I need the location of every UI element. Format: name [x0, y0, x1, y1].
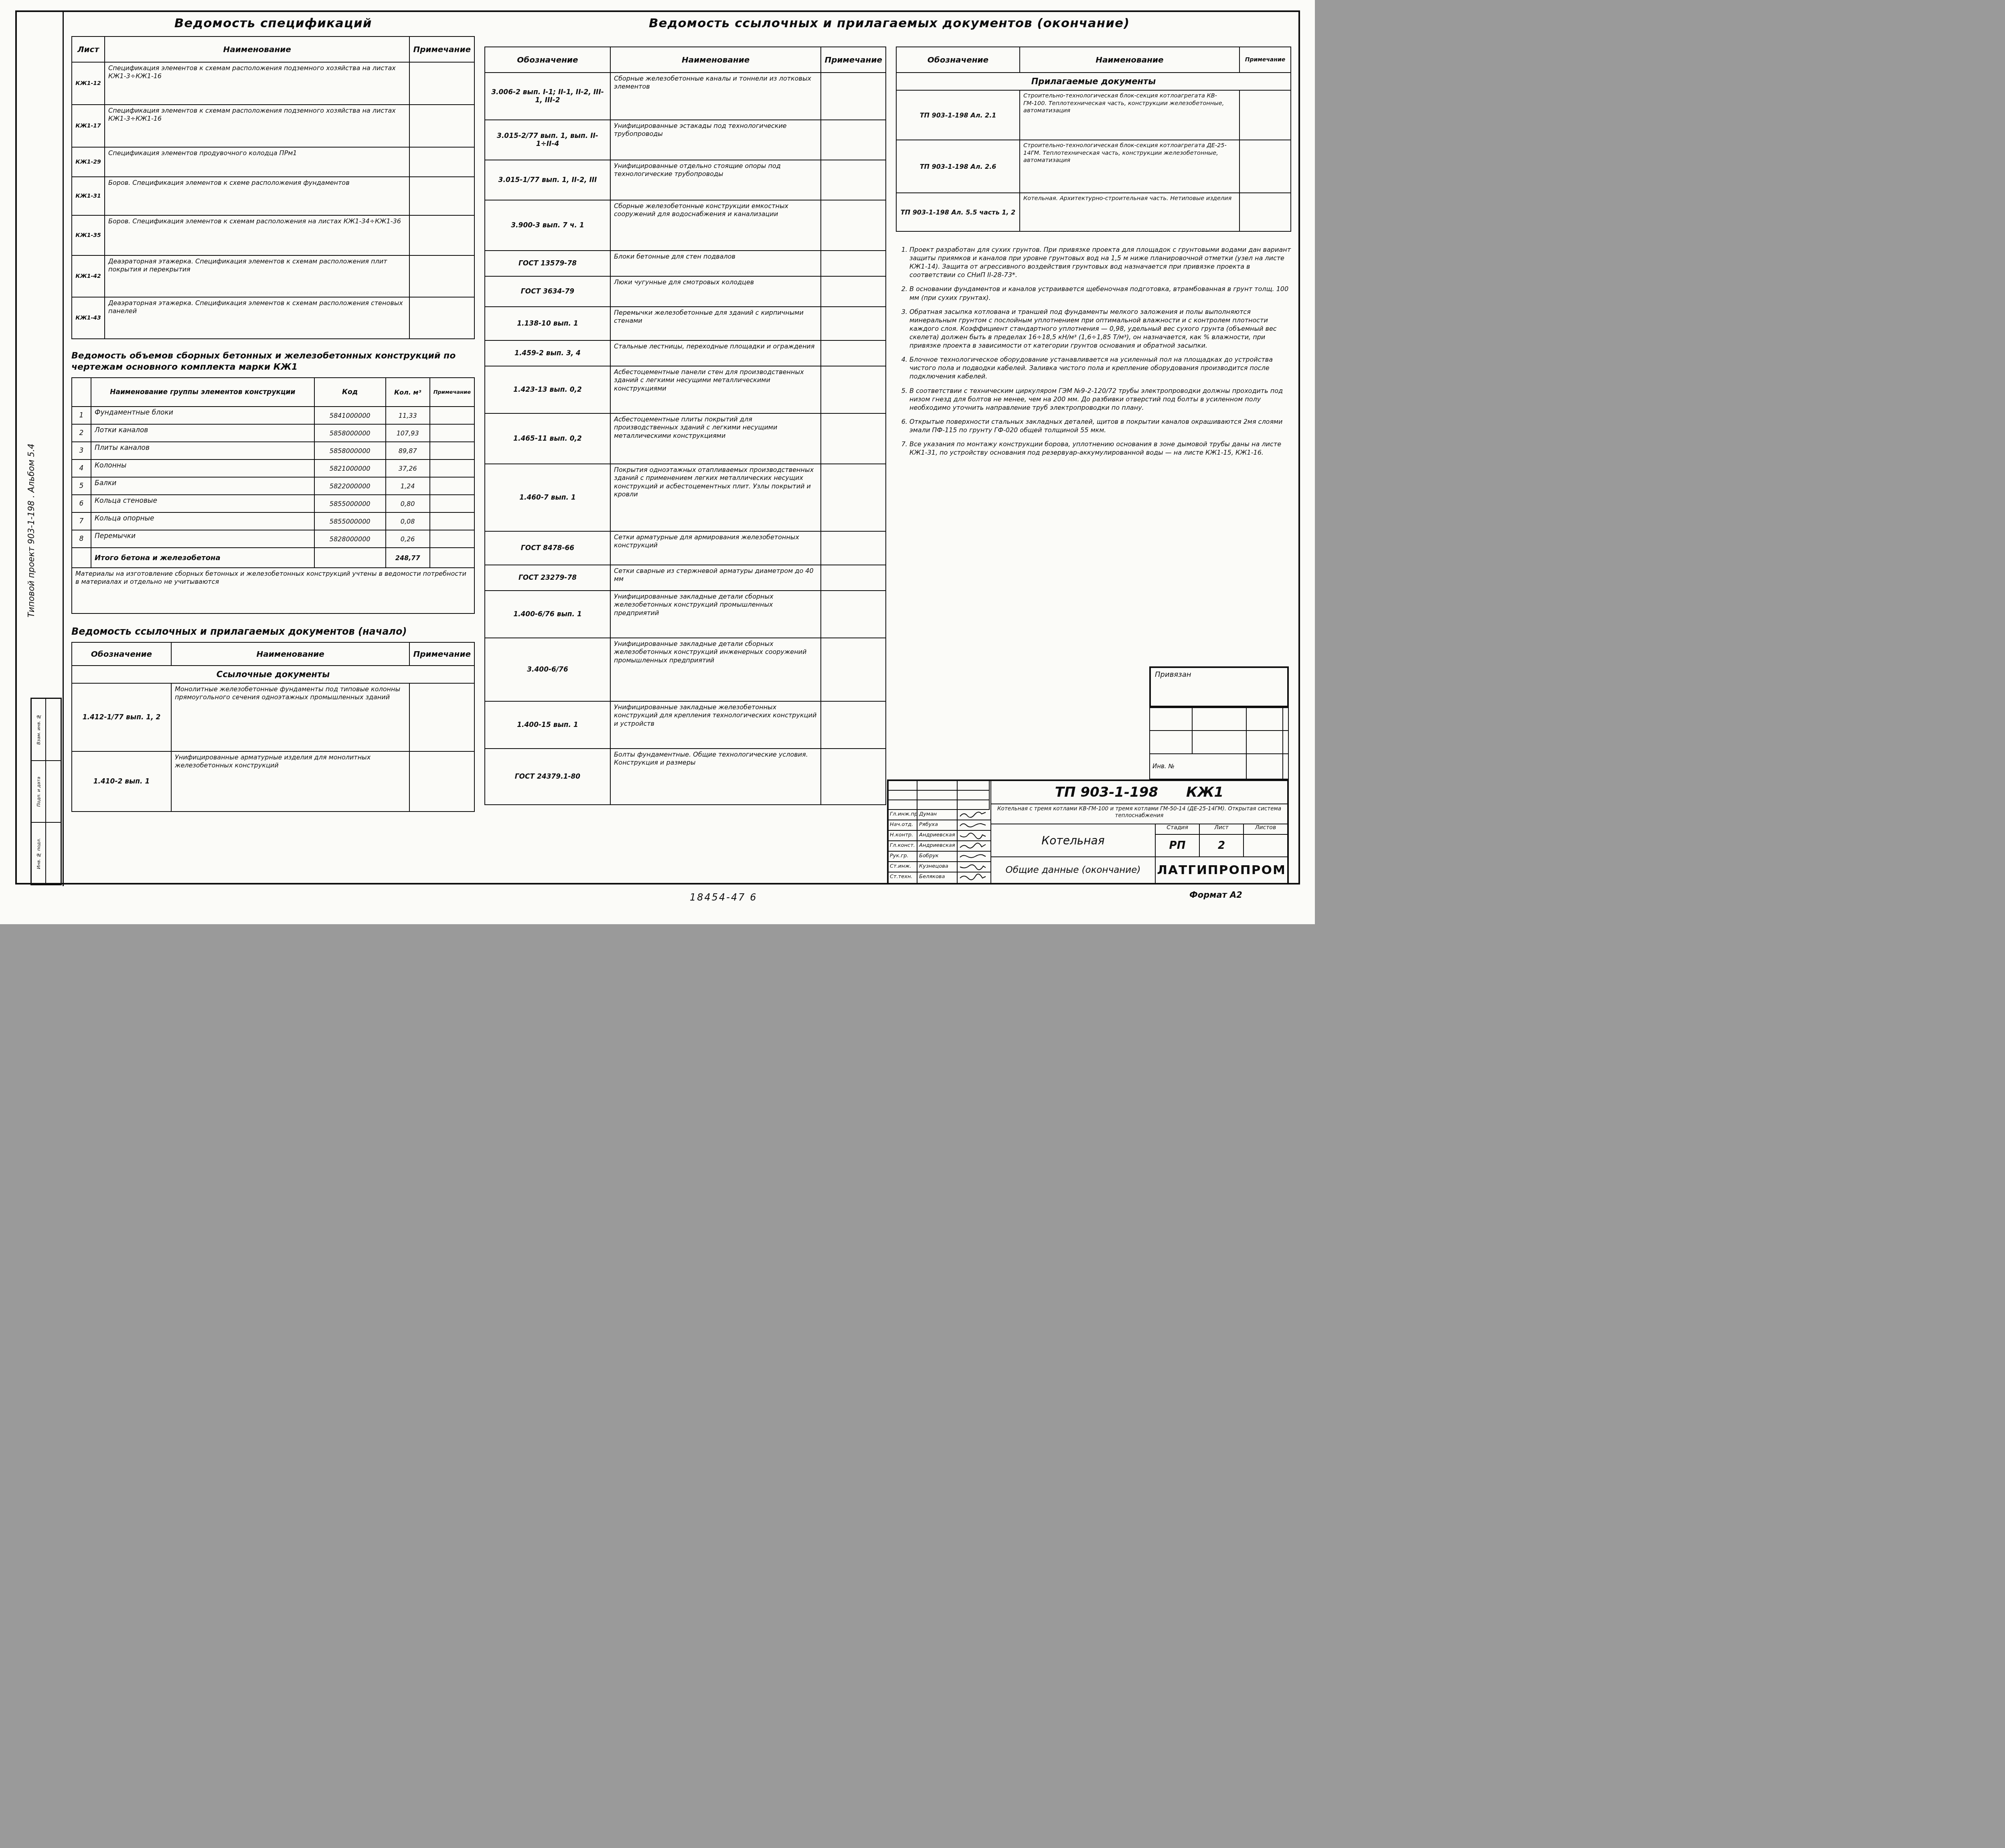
project-subtitle: Котельная с тремя котлами КВ-ГМ-100 и тр… — [991, 804, 1287, 824]
note-cell — [821, 160, 886, 200]
blank-cell — [1283, 731, 1288, 753]
qty-cell: 89,87 — [386, 442, 430, 459]
col-header-code: Обозначение — [72, 642, 171, 666]
table-row: 1.400-6/76 вып. 1Унифицированные закладн… — [485, 591, 886, 638]
signature-name: Белякова — [917, 872, 958, 883]
sheet-ref-cell: КЖ1-12 — [72, 62, 105, 105]
blank-cell — [1283, 754, 1288, 779]
table-row: 1.460-7 вып. 1Покрытия одноэтажных отапл… — [485, 464, 886, 531]
code-cell: 5822000000 — [314, 477, 386, 495]
margin-divider — [63, 10, 64, 886]
note-cell — [430, 512, 474, 530]
note-item: Все указания по монтажу конструкции боро… — [909, 440, 1291, 457]
note-item: Проект разработан для сухих грунтов. При… — [909, 245, 1291, 279]
signature-row: Ст.техн.Белякова — [889, 872, 990, 883]
doc-name-cell: Унифицированные закладные детали сборных… — [610, 591, 821, 638]
note-cell — [409, 297, 474, 339]
code-cell: 5828000000 — [314, 530, 386, 548]
note-cell — [430, 424, 474, 442]
code-cell: 5858000000 — [314, 424, 386, 442]
format-label: Формат А2 — [1189, 890, 1242, 900]
doc-code-cell: ТП 903-1-198 Ал. 2.6 — [896, 140, 1020, 193]
spec-table: Лист Наименование Примечание КЖ1-12Специ… — [71, 36, 475, 339]
signature-row: Гл.инж.пр.Думан — [889, 810, 990, 820]
section-row: Прилагаемые документы — [896, 73, 1291, 90]
section-row: Ссылочные документы — [72, 666, 474, 683]
doc-name-cell: Сборные железобетонные каналы и тоннели … — [610, 73, 821, 120]
note-cell — [821, 464, 886, 531]
sheet-ref-cell: КЖ1-35 — [72, 215, 105, 255]
ref-docs-end-table: Обозначение Наименование Примечание 3.00… — [484, 47, 886, 805]
qty-cell: 0,26 — [386, 530, 430, 548]
doc-name-cell: Боров. Спецификация элементов к схемам р… — [105, 215, 409, 255]
note-item: В соответствии с техническим циркуляром … — [909, 387, 1291, 412]
doc-name-cell: Строительно-технологическая блок-секция … — [1020, 140, 1239, 193]
group-name-cell: Плиты каналов — [91, 442, 314, 459]
doc-code-cell: 1.400-15 вып. 1 — [485, 701, 610, 749]
document-code: ТП 903-1-198 — [1055, 784, 1158, 800]
note-cell — [821, 591, 886, 638]
sheets-label: Листов — [1244, 824, 1287, 834]
signature-role: Нач.отд. — [889, 820, 917, 830]
note-cell — [821, 531, 886, 565]
table-row: 1.400-15 вып. 1Унифицированные закладные… — [485, 701, 886, 749]
sheet-name: Общие данные (окончание) — [991, 857, 1156, 883]
signature-name: Рябуха — [917, 820, 958, 830]
table-row: 7Кольца опорные58550000000,08 — [72, 512, 474, 530]
note-item: Блочное технологическое оборудование уст… — [909, 355, 1291, 381]
qty-cell: 107,93 — [386, 424, 430, 442]
signature-role: Рук.гр. — [889, 852, 917, 861]
margin-stack-label-text: Инв. № подл. — [36, 838, 41, 869]
table-row: 5Балки58220000001,24 — [72, 477, 474, 495]
table-row: 3.006-2 вып. I-1; II-1, II-2, III-1, III… — [485, 73, 886, 120]
note-cell — [821, 701, 886, 749]
doc-name-cell: Сетки сварные из стержневой арматуры диа… — [610, 565, 821, 591]
row-num: 4 — [72, 459, 91, 477]
stage-sheet-values: РП 2 — [1156, 835, 1287, 856]
table-row: КЖ1-29Спецификация элементов продувочног… — [72, 147, 474, 177]
sheet-number: 2 — [1200, 835, 1244, 856]
signature-mark — [958, 862, 990, 872]
doc-name-cell: Перемычки железобетонные для зданий с ки… — [610, 307, 821, 340]
table-header-row: Обозначение Наименование Примечание — [896, 47, 1291, 73]
doc-name-cell: Унифицированные арматурные изделия для м… — [171, 751, 409, 812]
ref-docs-begin-title: Ведомость ссылочных и прилагаемых докуме… — [71, 626, 475, 637]
margin-cell: Взам. инв. № — [32, 699, 61, 761]
table-row: 1.410-2 вып. 1Унифицированные арматурные… — [72, 751, 474, 812]
table-row: 3.900-3 вып. 7 ч. 1Сборные железобетонны… — [485, 200, 886, 251]
ref-docs-end-title: Ведомость ссылочных и прилагаемых докуме… — [493, 16, 1285, 30]
doc-name-cell: Котельная. Архитектурно-строительная час… — [1020, 193, 1239, 231]
signature-role: Н.контр. — [889, 831, 917, 840]
col-header-name: Наименование — [1020, 47, 1239, 73]
signature-role: Гл.инж.пр. — [889, 810, 917, 820]
sheet-name-row: Общие данные (окончание) ЛАТГИПРОПРОМ — [991, 857, 1287, 883]
doc-code-cell: 1.465-11 вып. 0,2 — [485, 413, 610, 464]
signature-role: Ст.инж. — [889, 862, 917, 872]
col-header-name: Наименование группы элементов конструкци… — [91, 378, 314, 407]
group-name-cell: Колонны — [91, 459, 314, 477]
doc-name-cell: Унифицированные отдельно стоящие опоры п… — [610, 160, 821, 200]
table-header-row: Обозначение Наименование Примечание — [485, 47, 886, 73]
doc-code-cell: 3.400-6/76 — [485, 638, 610, 701]
stage-sheet-grid: Стадия Лист Листов РП 2 — [1156, 824, 1287, 856]
code-cell: 5858000000 — [314, 442, 386, 459]
signature-role: Ст.техн. — [889, 872, 917, 883]
doc-code-cell: 3.015-1/77 вып. 1, II-2, III — [485, 160, 610, 200]
signature-row: Гл.конст.Андриевская — [889, 841, 990, 852]
note-cell — [821, 638, 886, 701]
doc-code-cell: 1.412-1/77 вып. 1, 2 — [72, 683, 171, 751]
document-code-row: ТП 903-1-198 КЖ1 — [991, 781, 1287, 804]
doc-code-cell: 1.410-2 вып. 1 — [72, 751, 171, 812]
table-row: 2Лотки каналов5858000000107,93 — [72, 424, 474, 442]
table-row: КЖ1-43Деаэраторная этажерка. Спецификаци… — [72, 297, 474, 339]
attached-docs-table: Обозначение Наименование Примечание Прил… — [896, 47, 1291, 232]
note-cell — [821, 413, 886, 464]
table-row: 3.015-2/77 вып. 1, вып. II-1÷II-4Унифици… — [485, 120, 886, 160]
table-row — [1150, 708, 1288, 731]
row-num: 3 — [72, 442, 91, 459]
doc-code-cell: ГОСТ 3634-79 — [485, 276, 610, 307]
doc-name-cell: Люки чугунные для смотровых колодцев — [610, 276, 821, 307]
margin-stack-label-text: Взам. инв. № — [36, 714, 41, 745]
sheet-ref-cell: КЖ1-31 — [72, 177, 105, 215]
doc-name-cell: Унифицированные эстакады под технологиче… — [610, 120, 821, 160]
doc-code-cell: ГОСТ 23279-78 — [485, 565, 610, 591]
sheet-ref-cell: КЖ1-29 — [72, 147, 105, 177]
col-header-sheet: Лист — [72, 36, 105, 62]
group-name-cell: Балки — [91, 477, 314, 495]
margin-stack-label-text: Подп. и дата — [36, 777, 41, 807]
col-header-qty: Кол. м³ — [386, 378, 430, 407]
stage-label: Стадия — [1156, 824, 1200, 834]
doc-name-cell: Деаэраторная этажерка. Спецификация элем… — [105, 297, 409, 339]
note-cell — [821, 340, 886, 366]
group-name-cell: Кольца стеновые — [91, 495, 314, 512]
table-row: ТП 903-1-198 Ал. 2.6Строительно-технолог… — [896, 140, 1291, 193]
signature-row: Рук.гр.Бобрук — [889, 852, 990, 862]
margin-cell: Подп. и дата — [32, 761, 61, 823]
object-name: Котельная — [991, 824, 1156, 856]
doc-name-cell: Унифицированные закладные детали сборных… — [610, 638, 821, 701]
blank-cell — [1246, 731, 1283, 753]
blank-cell — [1150, 731, 1192, 753]
code-cell: 5855000000 — [314, 495, 386, 512]
note-cell — [821, 749, 886, 805]
qty-cell: 0,08 — [386, 512, 430, 530]
section-title: Прилагаемые документы — [896, 73, 1291, 90]
signature-role: Гл.конст. — [889, 841, 917, 851]
note-cell — [409, 683, 474, 751]
col-header-note: Примечание — [430, 378, 474, 407]
row-num: 2 — [72, 424, 91, 442]
col-header-note: Примечание — [821, 47, 886, 73]
order-number: 18454-47 6 — [690, 892, 757, 903]
note-cell — [821, 565, 886, 591]
margin-stamp-column: Взам. инв. № Подп. и дата Инв. № подл. — [30, 698, 62, 885]
signature-mark — [958, 872, 990, 883]
signature-mark — [958, 831, 990, 840]
title-block-right: ТП 903-1-198 КЖ1 Котельная с тремя котла… — [991, 781, 1287, 883]
col-header-code: Обозначение — [896, 47, 1020, 73]
table-row: 1.138-10 вып. 1Перемычки железобетонные … — [485, 307, 886, 340]
signature-row: Ст.инж.Кузнецова — [889, 862, 990, 872]
blank-cell — [1246, 754, 1283, 779]
doc-name-cell: Сетки арматурные для армирования железоб… — [610, 531, 821, 565]
footnote-row: Материалы на изготовление сборных бетонн… — [72, 568, 474, 613]
signature-name: Кузнецова — [917, 862, 958, 872]
table-row: ГОСТ 8478-66Сетки арматурные для армиров… — [485, 531, 886, 565]
table-row: 1.423-13 вып. 0,2Асбестоцементные панели… — [485, 366, 886, 413]
note-cell — [1239, 90, 1291, 140]
table-row: 1.465-11 вып. 0,2Асбестоцементные плиты … — [485, 413, 886, 464]
code-cell: 5855000000 — [314, 512, 386, 530]
doc-name-cell: Асбестоцементные плиты покрытий для прои… — [610, 413, 821, 464]
note-cell — [430, 495, 474, 512]
row-num: 5 — [72, 477, 91, 495]
doc-name-cell: Боров. Спецификация элементов к схеме ра… — [105, 177, 409, 215]
table-header-row: Наименование группы элементов конструкци… — [72, 378, 474, 407]
doc-code-cell: 3.900-3 вып. 7 ч. 1 — [485, 200, 610, 251]
col-header-note: Примечание — [409, 36, 474, 62]
doc-name-cell: Монолитные железобетонные фундаменты под… — [171, 683, 409, 751]
sheet-label: Лист — [1200, 824, 1244, 834]
table-row: Инв. № — [1150, 754, 1288, 779]
note-cell — [1239, 140, 1291, 193]
blank-cell — [1192, 731, 1246, 753]
note-cell — [821, 251, 886, 276]
signature-mark — [958, 810, 990, 820]
general-notes: Проект разработан для сухих грунтов. При… — [896, 245, 1291, 457]
code-cell: 5841000000 — [314, 407, 386, 424]
signature-name: Андриевская — [917, 831, 958, 840]
margin-stack-label: Подп. и дата — [32, 761, 46, 822]
doc-code-cell: 3.006-2 вып. I-1; II-1, II-2, III-1, III… — [485, 73, 610, 120]
table-row: 4Колонны582100000037,26 — [72, 459, 474, 477]
left-column: Ведомость спецификаций Лист Наименование… — [71, 16, 475, 812]
doc-name-cell: Сборные железобетонные конструкции емкос… — [610, 200, 821, 251]
doc-name-cell: Стальные лестницы, переходные площадки и… — [610, 340, 821, 366]
sheet-ref-cell: КЖ1-42 — [72, 255, 105, 297]
blank-cell — [1283, 708, 1288, 731]
inventory-table: Инв. № — [1149, 707, 1289, 779]
organization-name: ЛАТГИПРОПРОМ — [1156, 857, 1287, 883]
signature-name: Бобрук — [917, 852, 958, 861]
table-row: КЖ1-35Боров. Спецификация элементов к сх… — [72, 215, 474, 255]
sheet-ref-cell: КЖ1-17 — [72, 105, 105, 147]
note-cell — [821, 307, 886, 340]
code-cell: 5821000000 — [314, 459, 386, 477]
note-cell — [430, 459, 474, 477]
doc-code-cell: ГОСТ 13579-78 — [485, 251, 610, 276]
signature-mark — [958, 820, 990, 830]
table-row: КЖ1-31Боров. Спецификация элементов к сх… — [72, 177, 474, 215]
signature-row: Нач.отд.Рябуха — [889, 820, 990, 831]
inventory-number-label: Инв. № — [1150, 754, 1246, 779]
doc-name-cell: Строительно-технологическая блок-секция … — [1020, 90, 1239, 140]
doc-code-cell: 3.015-2/77 вып. 1, вып. II-1÷II-4 — [485, 120, 610, 160]
total-label: Итого бетона и железобетона — [91, 548, 314, 568]
signature-mark — [958, 852, 990, 861]
margin-stack-label: Инв. № подл. — [32, 823, 46, 884]
table-row: 1Фундаментные блоки584100000011,33 — [72, 407, 474, 424]
table-row: ТП 903-1-198 Ал. 2.1Строительно-технолог… — [896, 90, 1291, 140]
margin-stack-label: Взам. инв. № — [32, 699, 46, 760]
stage-value: РП — [1156, 835, 1200, 856]
group-name-cell: Фундаментные блоки — [91, 407, 314, 424]
middle-column: Обозначение Наименование Примечание 3.00… — [484, 47, 886, 805]
blank-cell — [1150, 708, 1192, 731]
col-header-note: Примечание — [409, 642, 474, 666]
group-name-cell: Лотки каналов — [91, 424, 314, 442]
note-cell — [409, 215, 474, 255]
col-header-code: Обозначение — [485, 47, 610, 73]
note-cell — [821, 73, 886, 120]
note-item: Открытые поверхности стальных закладных … — [909, 417, 1291, 434]
binding-stamp: Привязан — [1149, 666, 1289, 707]
doc-code-cell: ГОСТ 8478-66 — [485, 531, 610, 565]
table-row: 8Перемычки58280000000,26 — [72, 530, 474, 548]
note-cell — [821, 120, 886, 160]
doc-name-cell: Болты фундаментные. Общие технологически… — [610, 749, 821, 805]
total-row: Итого бетона и железобетона 248,77 — [72, 548, 474, 568]
table-header-row: Обозначение Наименование Примечание — [72, 642, 474, 666]
note-cell — [430, 442, 474, 459]
blank-cell — [1246, 708, 1283, 731]
ref-docs-begin-table: Обозначение Наименование Примечание Ссыл… — [71, 642, 475, 812]
table-row: ГОСТ 23279-78Сетки сварные из стержневой… — [485, 565, 886, 591]
doc-name-cell: Блоки бетонные для стен подвалов — [610, 251, 821, 276]
signature-area: Гл.инж.пр.Думан Нач.отд.Рябуха Н.контр.А… — [889, 781, 991, 883]
blank-cell — [1192, 708, 1246, 731]
table-row: КЖ1-17Спецификация элементов к схемам ра… — [72, 105, 474, 147]
signature-name: Думан — [917, 810, 958, 820]
qty-cell: 37,26 — [386, 459, 430, 477]
drawing-sheet: Типовой проект 903-1-198 . Альбом 5.4 Вз… — [0, 0, 1315, 924]
table-row: 3.400-6/76Унифицированные закладные дета… — [485, 638, 886, 701]
doc-code-cell: 1.460-7 вып. 1 — [485, 464, 610, 531]
signature-mark — [958, 841, 990, 851]
table-header-row: Лист Наименование Примечание — [72, 36, 474, 62]
blank-cell — [314, 548, 386, 568]
doc-code-cell: 1.459-2 вып. 3, 4 — [485, 340, 610, 366]
doc-name-cell: Покрытия одноэтажных отапливаемых произв… — [610, 464, 821, 531]
row-num: 6 — [72, 495, 91, 512]
qty-cell: 1,24 — [386, 477, 430, 495]
row-num: 7 — [72, 512, 91, 530]
blank-cell — [72, 548, 91, 568]
col-header-note: Примечание — [1239, 47, 1291, 73]
col-header-code: Код — [314, 378, 386, 407]
qty-cell: 11,33 — [386, 407, 430, 424]
note-cell — [409, 62, 474, 105]
margin-album-label: Типовой проект 903-1-198 . Альбом 5.4 — [26, 225, 36, 617]
signature-name: Андриевская — [917, 841, 958, 851]
table-row: 1.459-2 вып. 3, 4Стальные лестницы, пере… — [485, 340, 886, 366]
sheet-ref-cell: КЖ1-43 — [72, 297, 105, 339]
col-header-name: Наименование — [105, 36, 409, 62]
doc-code-cell: 1.138-10 вып. 1 — [485, 307, 610, 340]
qty-cell: 0,80 — [386, 495, 430, 512]
group-name-cell: Перемычки — [91, 530, 314, 548]
inventory-grid: Инв. № — [1149, 707, 1289, 779]
note-cell — [409, 147, 474, 177]
volumes-footnote: Материалы на изготовление сборных бетонн… — [72, 568, 474, 613]
doc-name-cell: Асбестоцементные панели стен для произво… — [610, 366, 821, 413]
signature-row: Н.контр.Андриевская — [889, 831, 990, 841]
note-cell — [821, 276, 886, 307]
note-cell — [409, 177, 474, 215]
note-item: Обратная засыпка котлована и траншей под… — [909, 308, 1291, 350]
doc-name-cell: Унифицированные закладные железобетонных… — [610, 701, 821, 749]
table-row: ГОСТ 24379.1-80Болты фундаментные. Общие… — [485, 749, 886, 805]
table-row: ТП 903-1-198 Ал. 5.5 часть 1, 2Котельная… — [896, 193, 1291, 231]
section-title: Ссылочные документы — [72, 666, 474, 683]
sheets-count — [1244, 835, 1287, 856]
note-cell — [430, 407, 474, 424]
stage-sheet-header: Стадия Лист Листов — [1156, 824, 1287, 835]
doc-name-cell: Спецификация элементов к схемам располож… — [105, 62, 409, 105]
doc-name-cell: Деаэраторная этажерка. Спецификация элем… — [105, 255, 409, 297]
col-header-name: Наименование — [610, 47, 821, 73]
volumes-table: Наименование группы элементов конструкци… — [71, 377, 475, 614]
table-row — [1150, 731, 1288, 753]
group-name-cell: Кольца опорные — [91, 512, 314, 530]
right-column: Обозначение Наименование Примечание Прил… — [896, 47, 1291, 462]
note-cell — [430, 530, 474, 548]
table-row: 1.412-1/77 вып. 1, 2Монолитные железобет… — [72, 683, 474, 751]
object-stage-row: Котельная Стадия Лист Листов РП 2 — [991, 824, 1287, 857]
doc-code-cell: 1.423-13 вып. 0,2 — [485, 366, 610, 413]
note-cell — [409, 255, 474, 297]
note-cell — [821, 200, 886, 251]
doc-name-cell: Спецификация элементов к схемам располож… — [105, 105, 409, 147]
blank-cell — [430, 548, 474, 568]
col-header-num — [72, 378, 91, 407]
table-row: КЖ1-42Деаэраторная этажерка. Спецификаци… — [72, 255, 474, 297]
table-row: ГОСТ 13579-78Блоки бетонные для стен под… — [485, 251, 886, 276]
revision-grid — [889, 781, 990, 810]
note-cell — [430, 477, 474, 495]
note-cell — [409, 105, 474, 147]
col-header-name: Наименование — [171, 642, 409, 666]
table-row: 3.015-1/77 вып. 1, II-2, IIIУнифицирован… — [485, 160, 886, 200]
volumes-table-title: Ведомость объемов сборных бетонных и жел… — [71, 350, 475, 372]
margin-cell: Инв. № подл. — [32, 823, 61, 884]
document-mark: КЖ1 — [1186, 784, 1223, 800]
table-row: 3Плиты каналов585800000089,87 — [72, 442, 474, 459]
note-item: В основании фундаментов и каналов устраи… — [909, 285, 1291, 302]
doc-code-cell: 1.400-6/76 вып. 1 — [485, 591, 610, 638]
total-qty: 248,77 — [386, 548, 430, 568]
doc-code-cell: ГОСТ 24379.1-80 — [485, 749, 610, 805]
title-block: Гл.инж.пр.Думан Нач.отд.Рябуха Н.контр.А… — [887, 779, 1289, 885]
doc-code-cell: ТП 903-1-198 Ал. 2.1 — [896, 90, 1020, 140]
table-row: ГОСТ 3634-79Люки чугунные для смотровых … — [485, 276, 886, 307]
note-cell — [409, 751, 474, 812]
doc-code-cell: ТП 903-1-198 Ал. 5.5 часть 1, 2 — [896, 193, 1020, 231]
doc-name-cell: Спецификация элементов продувочного коло… — [105, 147, 409, 177]
row-num: 8 — [72, 530, 91, 548]
note-cell — [1239, 193, 1291, 231]
row-num: 1 — [72, 407, 91, 424]
table-row: КЖ1-12Спецификация элементов к схемам ра… — [72, 62, 474, 105]
note-cell — [821, 366, 886, 413]
spec-table-title: Ведомость спецификаций — [71, 16, 475, 30]
binding-stamp-label: Привязан — [1155, 670, 1191, 679]
